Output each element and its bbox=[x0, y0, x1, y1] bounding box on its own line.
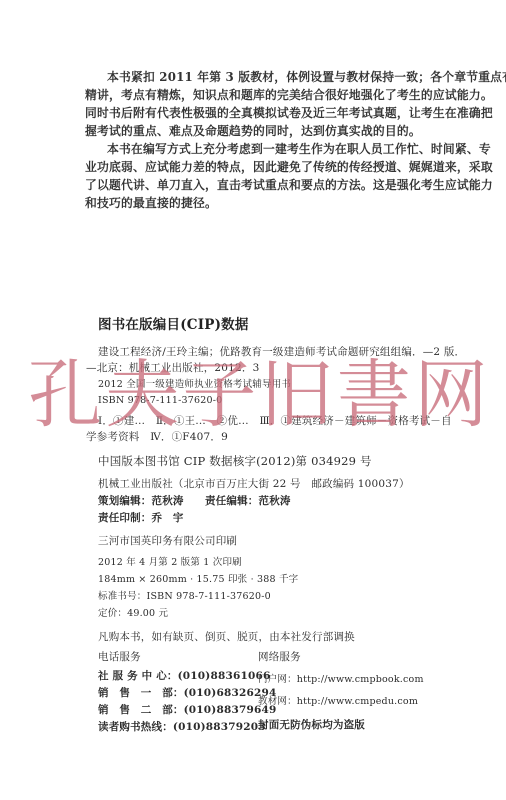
anti-counterfeit-notice: 封面无防伪标均为盗版 bbox=[258, 718, 365, 732]
intro-p1-line-1: 本书紧扣 2011 年第 3 版教材，体例设置与教材保持一致；各个章节重点有 bbox=[107, 70, 506, 84]
phone-item-3: 销 售 二 部：(010)88379649 bbox=[98, 703, 277, 717]
return-notice: 凡购本书，如有缺页、倒页、脱页，由本社发行部调换 bbox=[98, 630, 355, 644]
cip-line-4: ISBN 978-7-111-37620-0 bbox=[98, 394, 222, 408]
phone-item-1: 社 服 务 中 心：(010)88361066 bbox=[98, 669, 271, 683]
printer: 三河市国英印务有限公司印刷 bbox=[98, 534, 237, 548]
intro-p2-line-3: 了以题代讲、单刀直入，直击考试重点和要点的方法。这是强化考生应试能力 bbox=[85, 178, 493, 192]
intro-p2-line-1: 本书在编写方式上充分考虑到一建考生作为在职人员工作忙、时间紧、专 bbox=[107, 142, 491, 156]
intro-p1-line-2: 精讲，考点有精炼，知识点和题库的完美结合很好地强化了考生的应试能力。 bbox=[85, 88, 493, 102]
cip-line-5: Ⅰ．①建… Ⅱ．①王… ②优… Ⅲ．①建筑经济－建筑师－资格考试－自 bbox=[98, 414, 452, 428]
publisher-address: 机械工业出版社（北京市百万庄大街 22 号 邮政编码 100037） bbox=[98, 477, 410, 491]
intro-p1-line-4: 握考试的重点、难点及命题趋势的同时，达到仿真实战的目的。 bbox=[85, 124, 421, 138]
print-editor: 责任印制：乔 宇 bbox=[98, 511, 184, 525]
cip-line-1: 建设工程经济/王玲主编；优路教育一级建造师考试命题研究组组编．—2 版． bbox=[98, 345, 465, 359]
isbn: 标准书号：ISBN 978-7-111-37620-0 bbox=[98, 590, 271, 604]
intro-p2-line-2: 业功底弱、应试能力差的特点，因此避免了传统的传经授道、娓娓道来，采取 bbox=[85, 160, 493, 174]
web-item-edu: 教材网：http://www.cmpedu.com bbox=[258, 695, 418, 709]
cip-line-3: 2012 全国一级建造师执业资格考试辅导用书 bbox=[98, 378, 291, 392]
phone-item-4: 读者购书热线：(010)88379203 bbox=[98, 720, 266, 734]
web-service-heading: 网络服务 bbox=[258, 650, 301, 664]
web-item-portal: 门户网：http://www.cmpbook.com bbox=[258, 673, 424, 687]
cip-title: 图书在版编目(CIP)数据 bbox=[98, 318, 249, 332]
cip-record: 中国版本图书馆 CIP 数据核字(2012)第 034929 号 bbox=[98, 454, 372, 468]
intro-p2-line-4: 和技巧的最直接的捷径。 bbox=[85, 196, 217, 210]
edition: 2012 年 4 月第 2 版第 1 次印刷 bbox=[98, 556, 242, 570]
phone-item-2: 销 售 一 部：(010)68326294 bbox=[98, 686, 277, 700]
price: 定价：49.00 元 bbox=[98, 607, 168, 621]
editors: 策划编辑：范秋涛 责任编辑：范秋涛 bbox=[98, 494, 291, 508]
cip-line-6: 学参考资料 Ⅳ．①F407．9 bbox=[86, 430, 228, 444]
cip-line-2: —北京：机械工业出版社，2012．3 bbox=[86, 361, 260, 375]
intro-p1-line-3: 同时书后附有代表性极强的全真模拟试卷及近三年考试真题，让考生在准确把 bbox=[85, 106, 493, 120]
copyright-page: 本书紧扣 2011 年第 3 版教材，体例设置与教材保持一致；各个章节重点有 精… bbox=[0, 0, 506, 800]
phone-service-heading: 电话服务 bbox=[98, 650, 141, 664]
format: 184mm × 260mm · 15.75 印张 · 388 千字 bbox=[98, 573, 298, 587]
